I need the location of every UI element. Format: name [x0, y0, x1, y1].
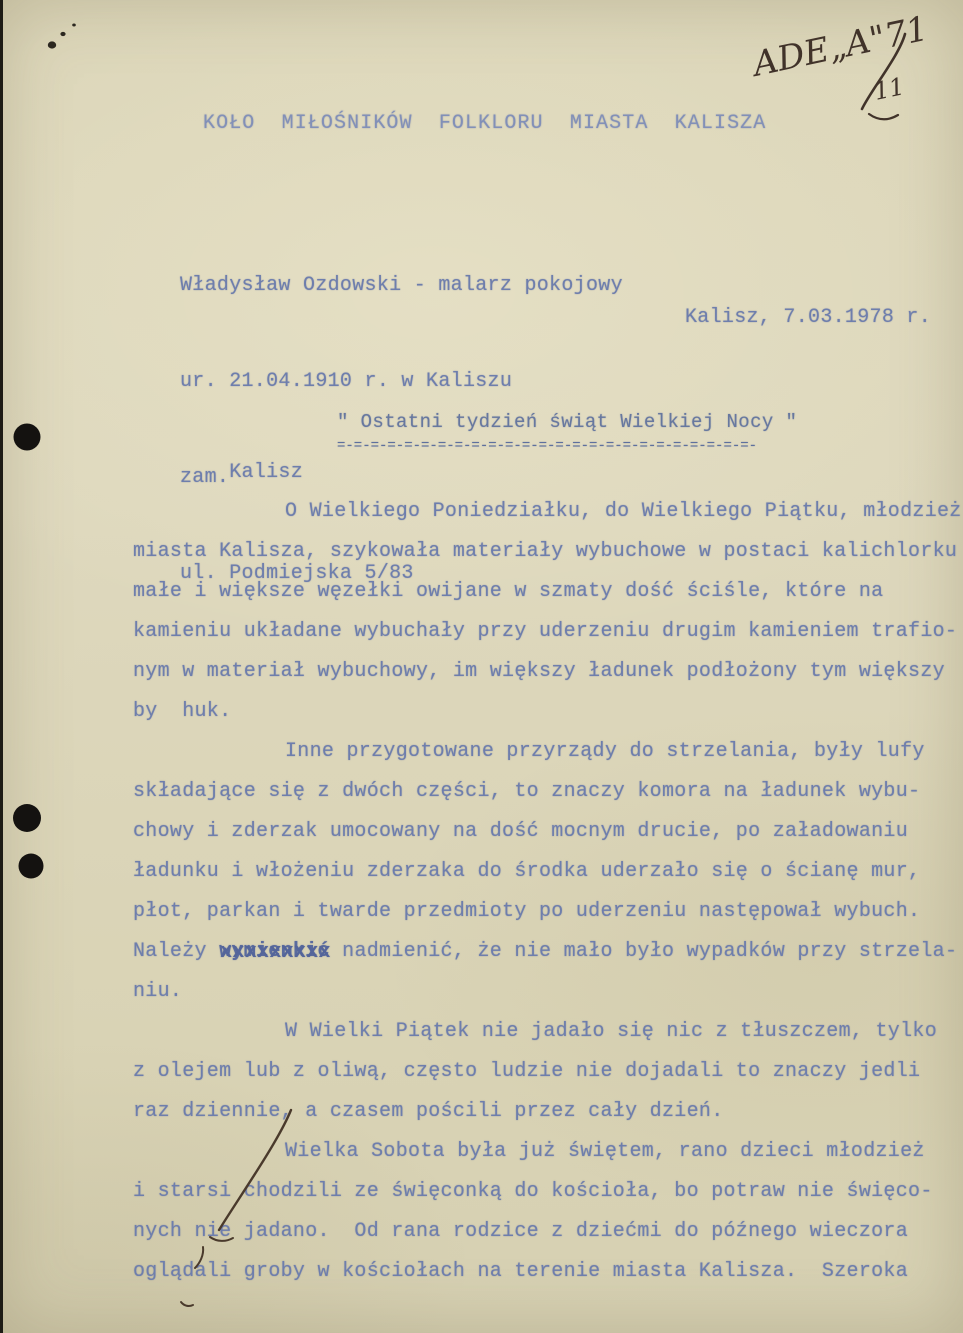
hole-punch-middle	[13, 804, 41, 832]
residence-city: Kalisz	[229, 457, 303, 489]
document-line: raz dziennie, a czasem pościli przez cał…	[133, 1092, 963, 1132]
author-name-line: Władysław Ozdowski - malarz pokojowy	[180, 270, 623, 302]
dateline: Kalisz, 7.03.1978 r.	[685, 306, 931, 329]
title-underline: =-=-=-=-=-=-=-=-=-=-=-=-=-=-=-=-=-=-=-=-…	[337, 438, 757, 454]
document-line: kamieniu układane wybuchały przy uderzen…	[133, 612, 963, 652]
author-birth-line: ur. 21.04.1910 r. w Kaliszu	[180, 366, 623, 398]
annotation-graphic: ADE„A"71 11	[752, 14, 963, 134]
document-title: " Ostatni tydzień świąt Wielkiej Nocy "	[337, 411, 797, 433]
document-line: by huk.	[133, 692, 963, 732]
ink-speck-medium	[60, 32, 65, 36]
hole-punch-top	[14, 424, 41, 451]
document-line: Należy wymienkićxxxxxxxxx nadmienić, że …	[133, 932, 963, 972]
scanned-document-page: ADE„A"71 11 KOŁO MIŁOŚNIKÓW FOLKLORU MIA…	[0, 0, 963, 1333]
annotation-underline-curve	[869, 114, 898, 119]
document-line: i starsi chodzili ze święconką do kościo…	[133, 1172, 963, 1212]
scan-edge-strip	[0, 0, 3, 1333]
ink-speck-small	[72, 24, 76, 27]
residence-prefix: zam.	[180, 466, 229, 489]
document-line: O Wielkiego Poniedziałku, do Wielkiego P…	[133, 492, 963, 532]
document-line: płot, parkan i twarde przedmioty po uder…	[133, 892, 963, 932]
document-line: nym w materiał wybuchowy, im większy ład…	[133, 652, 963, 692]
document-line: niu.	[133, 972, 963, 1012]
handwritten-annotation: ADE„A"71 11	[752, 14, 963, 134]
document-line: nych nie jadano. Od rana rodzice z dzieć…	[133, 1212, 963, 1252]
document-line: miasta Kalisza, szykowała materiały wybu…	[133, 532, 963, 572]
document-line: składające się z dwóch części, to znaczy…	[133, 772, 963, 812]
annotation-text: ADE„A"71	[752, 14, 932, 85]
document-line: Wielka Sobota była już świętem, rano dzi…	[133, 1132, 963, 1172]
document-body: O Wielkiego Poniedziałku, do Wielkiego P…	[133, 492, 963, 1292]
struck-out-word: wymienkićxxxxxxxxx	[219, 932, 330, 972]
document-line: Inne przygotowane przyrządy do strzelani…	[133, 732, 963, 772]
document-line: z olejem lub z oliwą, często ludzie nie …	[133, 1052, 963, 1092]
pen-mark-bottom	[181, 1302, 193, 1306]
organization-header: KOŁO MIŁOŚNIKÓW FOLKLORU MIASTA KALISZA	[203, 112, 766, 135]
author-residence-line: zam.Kalisz	[180, 462, 623, 494]
ink-speck-large	[48, 41, 56, 48]
annotation-denominator: 11	[871, 72, 907, 106]
document-line: W Wielki Piątek nie jadało się nic z tłu…	[133, 1012, 963, 1052]
document-line: ładunku i włożeniu zderzaka do środka ud…	[133, 852, 963, 892]
document-line: chowy i zderzak umocowany na dość mocnym…	[133, 812, 963, 852]
hole-punch-bottom	[19, 854, 44, 879]
document-line: oglądali groby w kościołach na terenie m…	[133, 1252, 963, 1292]
document-line: małe i większe węzełki owijane w szmaty …	[133, 572, 963, 612]
